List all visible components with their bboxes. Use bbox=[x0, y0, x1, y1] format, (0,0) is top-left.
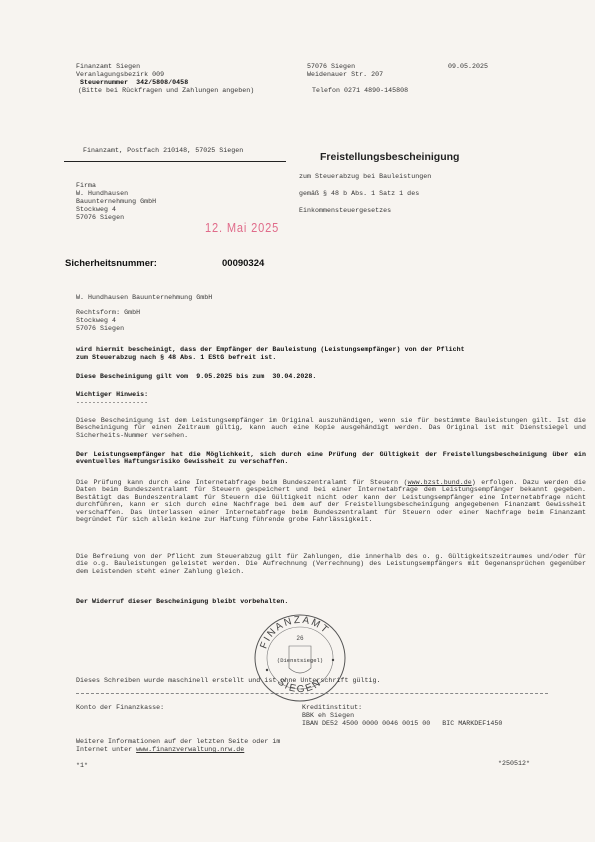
recipient-line-5: 57076 Siegen bbox=[76, 214, 124, 221]
bank-name: BBK eh Siegen bbox=[302, 712, 354, 719]
office-city: 57076 Siegen bbox=[307, 63, 355, 70]
iban-bic: IBAN DE52 4500 0000 0046 0015 00 BIC MAR… bbox=[302, 720, 502, 727]
recipient-line-3: Bauunternehmung GmbH bbox=[76, 198, 156, 205]
bank-label: Kreditinstitut: bbox=[302, 704, 362, 711]
paragraph-3-text-start: Die Prüfung kann durch eine Internetabfr… bbox=[76, 479, 408, 486]
paragraph-3-text-end: ) erfolgen. Dazu werden die Daten beim B… bbox=[76, 479, 586, 523]
info-line-2-text: Internet unter bbox=[76, 746, 136, 753]
official-seal-icon: FINANZAMT SIEGEN 26 (Dienstsiegel) bbox=[251, 612, 349, 704]
company-city: 57076 Siegen bbox=[76, 325, 124, 332]
notice-underline: ------------------ bbox=[76, 399, 148, 406]
svg-text:(Dienstsiegel): (Dienstsiegel) bbox=[277, 657, 323, 664]
tax-number-note: (Bitte bei Rückfragen und Zahlungen ange… bbox=[78, 87, 254, 94]
notice-heading: Wichtiger Hinweis: bbox=[76, 391, 148, 398]
svg-text:26: 26 bbox=[296, 635, 304, 642]
security-number-label: Sicherheitsnummer: bbox=[65, 258, 157, 269]
tax-number: 342/5808/0458 bbox=[136, 79, 188, 86]
document-code: *250512* bbox=[498, 760, 530, 767]
company-street: Stockweg 4 bbox=[76, 317, 116, 324]
office-name: Finanzamt Siegen bbox=[76, 63, 140, 70]
company-legal-form: Rechtsform: GmbH bbox=[76, 309, 140, 316]
certification-line-2: zum Steuerabzug nach § 48 Abs. 1 EStG be… bbox=[76, 354, 276, 361]
document-title: Freistellungsbescheinigung bbox=[320, 151, 459, 163]
revocation-note: Der Widerruf dieser Bescheinigung bleibt… bbox=[76, 598, 288, 605]
recipient-line-2: W. Hundhausen bbox=[76, 190, 128, 197]
notice-paragraph-3: Die Prüfung kann durch eine Internetabfr… bbox=[76, 479, 586, 523]
tax-number-row: Steuernummer 342/5808/0458 bbox=[80, 79, 188, 86]
return-address: Finanzamt, Postfach 210148, 57025 Siegen bbox=[83, 147, 243, 154]
letter-date: 09.05.2025 bbox=[448, 63, 488, 70]
received-date-stamp: 12. Mai 2025 bbox=[205, 220, 279, 235]
notice-paragraph-4: Die Befreiung von der Pflicht zum Steuer… bbox=[76, 553, 586, 575]
company-name: W. Hundhausen Bauunternehmung GmbH bbox=[76, 294, 212, 301]
assessment-district: Veranlagungsbezirk 009 bbox=[76, 71, 164, 78]
bzst-link[interactable]: www.bzst.bund.de bbox=[408, 479, 472, 486]
page-marker: *1* bbox=[76, 762, 88, 769]
machine-generated-note: Dieses Schreiben wurde maschinell erstel… bbox=[76, 677, 381, 684]
office-street: Weidenauer Str. 207 bbox=[307, 71, 383, 78]
footer-divider bbox=[76, 693, 548, 694]
certification-line-1: wird hiermit bescheinigt, dass der Empfä… bbox=[76, 346, 465, 353]
account-label: Konto der Finanzkasse: bbox=[76, 704, 164, 711]
security-number: 00090324 bbox=[222, 258, 264, 269]
svg-text:FINANZAMT: FINANZAMT bbox=[258, 615, 331, 650]
title-line-1: zum Steuerabzug bei Bauleistungen bbox=[299, 173, 431, 180]
recipient-line-1: Firma bbox=[76, 182, 96, 189]
finanzverwaltung-link[interactable]: www.finanzverwaltung.nrw.de bbox=[136, 746, 244, 753]
title-line-2: gemäß § 48 b Abs. 1 Satz 1 des bbox=[299, 190, 419, 197]
return-address-rule bbox=[64, 161, 286, 162]
recipient-line-4: Stockweg 4 bbox=[76, 206, 116, 213]
title-line-3: Einkommensteuergesetzes bbox=[299, 207, 391, 214]
info-line-2: Internet unter www.finanzverwaltung.nrw.… bbox=[76, 746, 244, 753]
info-line-1: Weitere Informationen auf der letzten Se… bbox=[76, 738, 280, 745]
tax-number-label: Steuernummer bbox=[80, 79, 128, 86]
validity-period: Diese Bescheinigung gilt vom 9.05.2025 b… bbox=[76, 373, 316, 380]
office-phone: Telefon 0271 4890-145808 bbox=[312, 87, 408, 94]
notice-paragraph-2: Der Leistungsempfänger hat die Möglichke… bbox=[76, 451, 586, 466]
notice-paragraph-1: Diese Bescheinigung ist dem Leistungsemp… bbox=[76, 417, 586, 439]
